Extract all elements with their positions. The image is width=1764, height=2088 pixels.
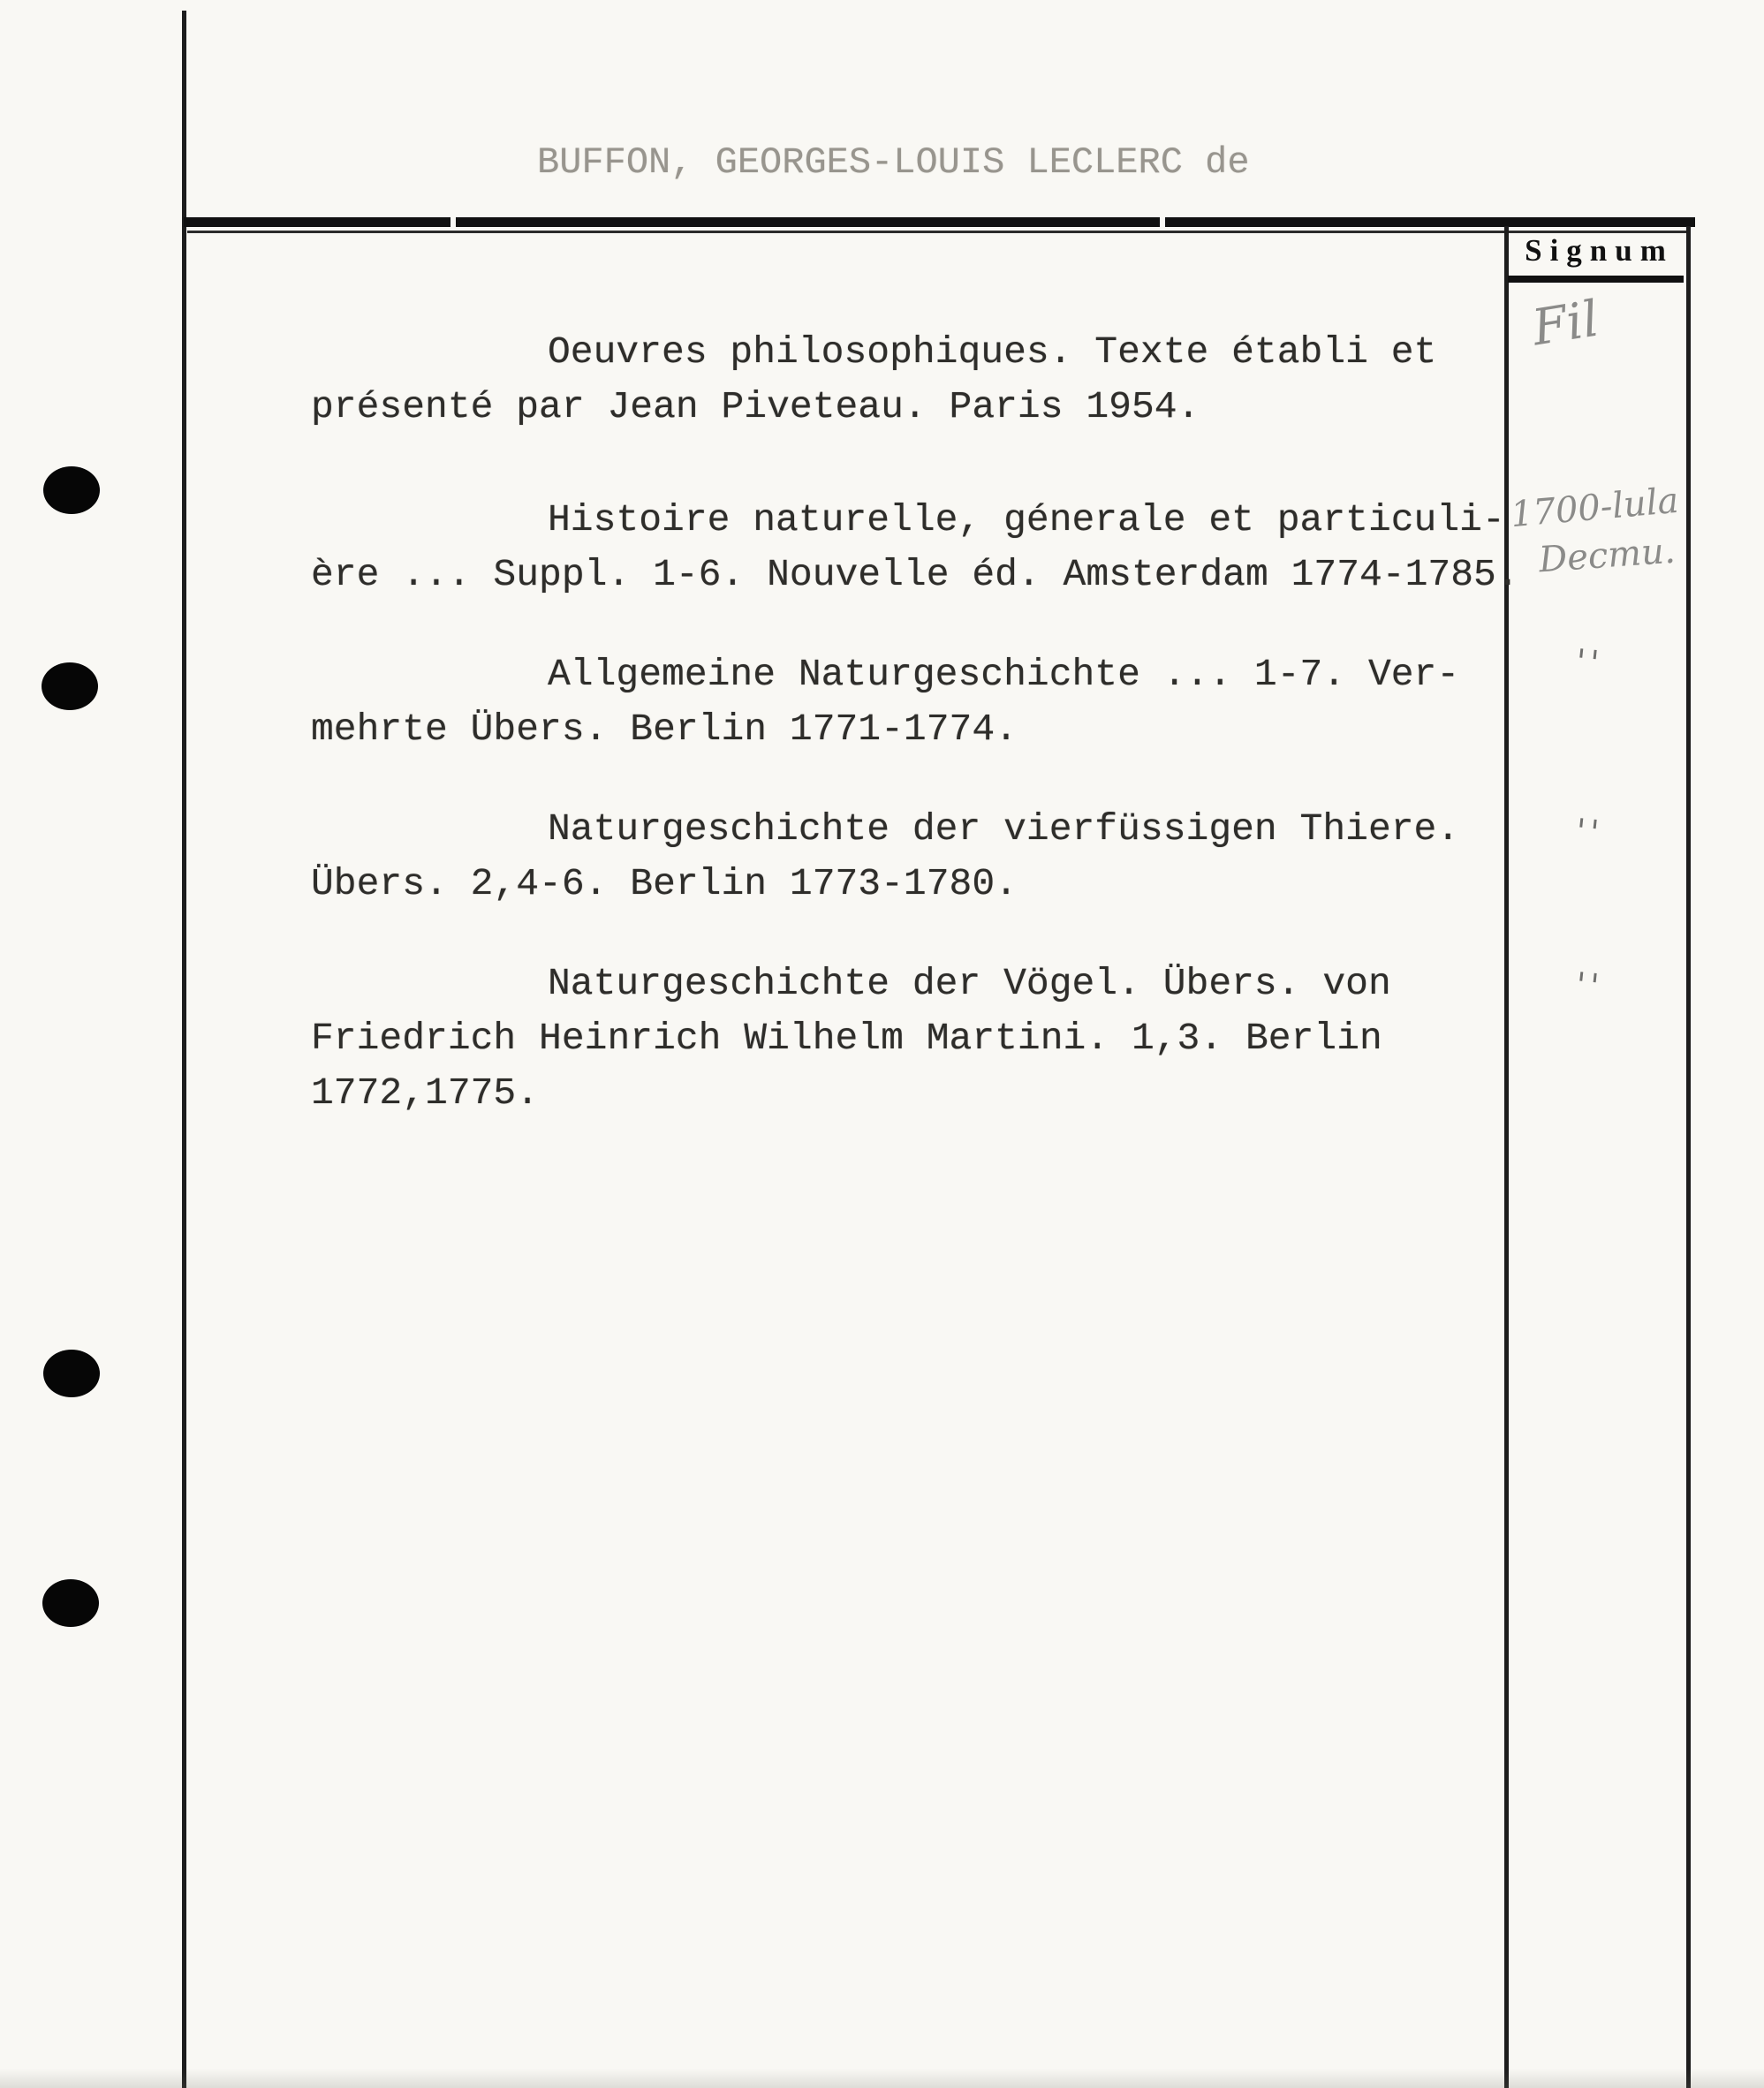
header-rule-thin: [187, 231, 1689, 233]
entry-line: Friedrich Heinrich Wilhelm Martini. 1,3.…: [311, 1011, 1391, 1066]
header-rule: [1165, 217, 1695, 227]
bibliography-entry: Oeuvres philosophiques. Texte établi et …: [311, 325, 1436, 435]
entry-line: 1772,1775.: [311, 1066, 1391, 1121]
scan-edge-shadow: [0, 2069, 1764, 2088]
entry-line: Histoire naturelle, génerale et particul…: [548, 493, 1519, 548]
signum-column-header: Signum: [1504, 233, 1686, 269]
header-rule: [184, 217, 450, 227]
page-title: BUFFON, GEORGES-LOUIS LECLERC de: [537, 141, 1250, 184]
signum-handwritten-note: Decmu.: [1538, 531, 1677, 581]
left-margin-line: [182, 11, 186, 2088]
signum-column-right-border: [1686, 226, 1691, 2088]
bibliography-entry: Allgemeine Naturgeschichte ... 1-7. Ver-…: [311, 647, 1459, 757]
entry-line: présenté par Jean Piveteau. Paris 1954.: [311, 380, 1436, 435]
bibliography-entry: Naturgeschichte der Vögel. Übers. von Fr…: [311, 957, 1391, 1121]
signum-ditto-mark: '': [1574, 812, 1605, 853]
bibliography-entry: Naturgeschichte der vierfüssigen Thiere.…: [311, 802, 1459, 912]
signum-ditto-mark: '': [1574, 965, 1605, 1007]
entry-line: Naturgeschichte der vierfüssigen Thiere.: [548, 802, 1459, 857]
signum-header-underline: [1508, 276, 1684, 283]
punch-hole: [43, 466, 100, 514]
punch-hole: [42, 662, 98, 710]
catalog-card-page: BUFFON, GEORGES-LOUIS LECLERC de Signum …: [0, 0, 1764, 2088]
signum-handwritten-note: Fil: [1528, 291, 1602, 358]
bibliography-entry: Histoire naturelle, génerale et particul…: [311, 493, 1519, 602]
entry-line: Allgemeine Naturgeschichte ... 1-7. Ver-: [548, 647, 1459, 702]
header-rule: [456, 217, 1160, 227]
punch-hole: [43, 1350, 100, 1397]
entry-line: Oeuvres philosophiques. Texte établi et: [548, 325, 1436, 380]
entry-line: ère ... Suppl. 1-6. Nouvelle éd. Amsterd…: [311, 548, 1519, 602]
entry-line: mehrte Übers. Berlin 1771-1774.: [311, 702, 1459, 757]
punch-hole: [42, 1579, 99, 1627]
entry-line: Naturgeschichte der Vögel. Übers. von: [548, 957, 1391, 1011]
signum-handwritten-note: 1700-lula: [1509, 480, 1680, 535]
signum-ditto-mark: '': [1574, 642, 1605, 684]
entry-line: Übers. 2,4-6. Berlin 1773-1780.: [311, 857, 1459, 912]
